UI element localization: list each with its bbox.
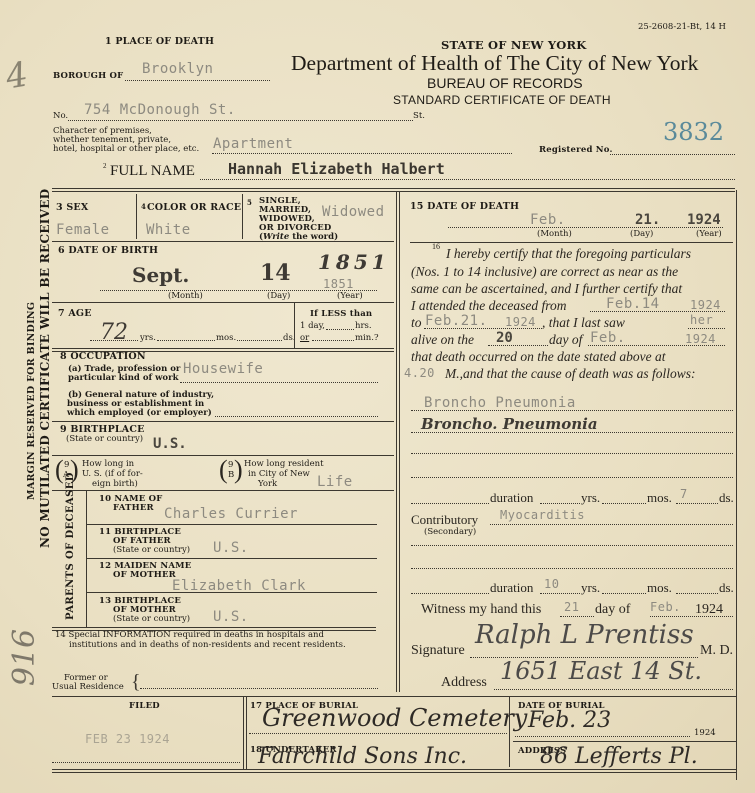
certification-line-7: that death occurred on the date stated a… xyxy=(411,349,665,365)
parents-side-label: PARENTS OF DECEASED xyxy=(65,472,76,620)
color-race-value[interactable]: White xyxy=(146,222,191,238)
witness-year[interactable]: 1924 xyxy=(695,602,723,618)
age-divider xyxy=(294,303,295,349)
witness-day[interactable]: 21 xyxy=(564,600,579,614)
bureau-title: BUREAU OF RECORDS xyxy=(427,75,583,91)
duration2-mos-pre-line xyxy=(602,593,646,594)
certification-line-5-pre: to xyxy=(411,315,422,331)
duration-mos-line xyxy=(676,503,718,504)
premises-label-3: hotel, hospital or other place, etc. xyxy=(53,145,199,154)
certification-line-2: (Nos. 1 to 14 inclusive) are correct as … xyxy=(411,264,678,280)
filed-stamp: FEB 23 1924 xyxy=(85,732,170,746)
burial-date-line xyxy=(515,736,690,737)
father-name-label-2: FATHER xyxy=(113,503,154,513)
duration-mos-pre-line xyxy=(602,503,646,504)
9a-label-1: How long in xyxy=(82,459,134,469)
age-hrs-label: hrs. xyxy=(355,321,372,331)
9b-label-1: How long resident xyxy=(244,459,324,469)
dob-year-handwritten: 1851 xyxy=(318,250,390,274)
father-birthplace-value[interactable]: U.S. xyxy=(213,540,249,556)
cause-line-3 xyxy=(411,453,733,454)
dob-year[interactable]: 1851 xyxy=(323,277,354,291)
color-race-label: COLOR OR RACE xyxy=(147,202,241,213)
filed-line xyxy=(52,762,240,763)
margin-pencil-note-top: 4 xyxy=(3,54,31,97)
borough-line xyxy=(125,80,270,81)
age-or-label: or xyxy=(300,333,309,343)
street-line xyxy=(68,120,413,121)
duration-yrs-line xyxy=(540,503,580,504)
former-residence-label-2: Usual Residence xyxy=(52,682,124,692)
former-residence-line xyxy=(140,688,378,689)
age-min-line xyxy=(312,340,354,341)
certification-line-4: I attended the deceased from xyxy=(411,298,566,314)
dob-day[interactable]: 14 xyxy=(260,260,291,286)
9b-paren-open: ( xyxy=(219,455,228,485)
mother-birthplace-value[interactable]: U.S. xyxy=(213,609,249,625)
contributory-line-2 xyxy=(411,545,733,546)
occupation-bottom xyxy=(52,421,394,422)
age-mos-line xyxy=(157,340,215,341)
father-birthplace-bottom xyxy=(87,558,377,559)
duration2-yrs-label: yrs. xyxy=(581,580,600,596)
state-heading: STATE OF NEW YORK xyxy=(441,38,586,52)
9b-label-3: York xyxy=(258,479,277,489)
sex-value[interactable]: Female xyxy=(56,222,110,238)
certification-line-6-pre: alive on the xyxy=(411,332,474,348)
9a-label-2: U. S. (if of for- xyxy=(82,469,143,479)
special-info-line-2: institutions and in deaths of non-reside… xyxy=(69,640,346,650)
attended-from-date[interactable]: Feb.14 xyxy=(606,296,660,312)
dob-month[interactable]: Sept. xyxy=(132,263,189,287)
registered-number-stamp: 3832 xyxy=(663,118,724,146)
margin-binding-notice: MARGIN RESERVED FOR BINDING xyxy=(26,302,37,500)
margin-pencil-note-bottom: 916 xyxy=(7,629,42,686)
mother-name-bottom xyxy=(87,592,377,593)
9a-label-3: eign birth) xyxy=(92,479,138,489)
st-label: St. xyxy=(413,111,425,121)
full-name-label: FULL NAME xyxy=(110,163,195,180)
dob-month-caption: (Month) xyxy=(168,291,203,301)
cause-line-1 xyxy=(411,410,733,411)
dod-year-caption: (Year) xyxy=(696,229,722,239)
md-label: M. D. xyxy=(700,643,733,659)
occupation-b-label-3: which employed (or employer) xyxy=(67,408,212,418)
contributory-label: Contributory xyxy=(411,512,478,528)
age-day-label: 1 day, xyxy=(300,321,325,331)
dob-line xyxy=(100,290,377,291)
occupation-b-line xyxy=(215,416,378,417)
duration-ds-label: ds. xyxy=(719,490,734,506)
duration-pre-line xyxy=(411,503,489,504)
filing-bottom xyxy=(52,769,736,773)
burial-year[interactable]: 1924 xyxy=(694,728,716,738)
undertaker-address-value[interactable]: 86 Lefferts Pl. xyxy=(540,744,698,769)
dob-bottom xyxy=(52,302,394,303)
address-label: Address xyxy=(441,675,487,691)
row3-bottom-right xyxy=(244,241,394,242)
cause-handwritten: Broncho. Pneumonia xyxy=(421,415,598,433)
borough-label: BOROUGH OF xyxy=(53,71,123,81)
9b-number: 9 xyxy=(228,460,233,470)
alive-day[interactable]: 20 xyxy=(496,330,513,346)
margin-mutilated-notice: NO MUTILATED CERTIFICATE WILL BE RECEIVE… xyxy=(38,189,52,548)
premises-line xyxy=(212,153,512,154)
age-ds-line xyxy=(237,340,282,341)
address-line xyxy=(494,689,733,690)
duration2-pre-line xyxy=(411,593,489,594)
burial-date-bottom xyxy=(513,741,736,742)
burial-place-value[interactable]: Greenwood Cemetery xyxy=(262,704,527,732)
age-yrs-label: yrs. xyxy=(140,333,156,343)
residence-bottom xyxy=(52,490,394,491)
9b-label-2: in City of New xyxy=(248,469,310,479)
date-of-death-year[interactable]: 1924 xyxy=(687,212,721,228)
form-code: 25-2608-21-Bt, 14 H xyxy=(638,22,726,32)
certification-line-1: I hereby certify that the foregoing part… xyxy=(446,246,691,262)
duration2-ds-label: ds. xyxy=(719,580,734,596)
former-residence-brace: { xyxy=(131,671,141,694)
contributory-line-3 xyxy=(411,568,733,569)
signature-label: Signature xyxy=(411,643,465,659)
cause-line-4 xyxy=(411,477,733,478)
age-min-label: min.? xyxy=(355,333,379,343)
attended-to-date[interactable]: Feb.21. xyxy=(425,313,488,329)
sex-divider xyxy=(136,194,137,239)
death-certificate: 4 916 25-2608-21-Bt, 14 H STATE OF NEW Y… xyxy=(0,0,755,793)
age-mos-label: mos. xyxy=(216,333,236,343)
department-title: Department of Health of The City of New … xyxy=(291,51,698,76)
age-years[interactable]: 72 xyxy=(100,320,128,345)
dod-bottom xyxy=(410,242,733,243)
filing-divider xyxy=(243,697,247,769)
dod-day-caption: (Day) xyxy=(630,229,653,239)
certificate-type: STANDARD CERTIFICATE OF DEATH xyxy=(393,93,611,107)
9a-number: 9 xyxy=(64,460,69,470)
filing-top xyxy=(52,696,736,697)
witness-day-of: day of xyxy=(595,602,630,618)
full-name-number: 2 xyxy=(103,162,107,170)
duration2-label: duration xyxy=(490,580,533,596)
place-of-death-label: 1 PLACE OF DEATH xyxy=(105,36,214,47)
9b-paren-close: ) xyxy=(234,455,243,485)
mother-birthplace-label-3: (State or country) xyxy=(113,614,190,624)
age-less-label: If LESS than xyxy=(310,309,372,319)
pronoun-line xyxy=(688,328,725,329)
certification-number: 16 xyxy=(432,242,440,251)
duration-mos-label: mos. xyxy=(647,490,672,506)
date-of-death-line xyxy=(448,227,723,228)
contributory-value[interactable]: Myocarditis xyxy=(500,508,585,522)
date-of-death-day[interactable]: 21. xyxy=(635,212,660,228)
certification-line-5-mid: , that I last saw xyxy=(542,315,625,331)
burial-place-line xyxy=(249,733,507,734)
attended-to-year[interactable]: 1924 xyxy=(505,315,536,329)
dob-day-caption: (Day) xyxy=(267,291,290,301)
signature-value[interactable]: Ralph L Prentiss xyxy=(475,620,694,650)
duration2-yrs-line xyxy=(540,593,580,594)
father-birthplace-label-3: (State or country) xyxy=(113,545,190,555)
9b-value[interactable]: Life xyxy=(317,474,353,490)
top-divider xyxy=(52,188,735,192)
occupation-a-label-2: particular kind of work xyxy=(68,373,178,383)
right-border xyxy=(736,190,737,780)
certification-line-8: M.,and that the cause of death was as fo… xyxy=(445,366,696,382)
certification-line-6-mid: day of xyxy=(549,332,582,348)
street-no-label: No. xyxy=(53,111,68,121)
address-value[interactable]: 1651 East 14 St. xyxy=(500,657,702,685)
registered-line xyxy=(610,154,735,155)
row3-bottom-left xyxy=(52,241,244,242)
mother-name-label-2: OF MOTHER xyxy=(113,570,176,580)
dob-label: 6 DATE OF BIRTH xyxy=(58,245,158,256)
burial-date-value[interactable]: Feb. 23 xyxy=(528,708,611,733)
certification-line-3: same can be ascertained, and I further c… xyxy=(411,281,682,297)
duration-mos-value[interactable]: 7 xyxy=(680,487,688,501)
full-name-value[interactable]: Hannah Elizabeth Halbert xyxy=(228,160,445,178)
borough-value[interactable]: Brooklyn xyxy=(142,61,213,77)
father-name-bottom xyxy=(87,524,377,525)
sex-label: 3 SEX xyxy=(56,202,88,213)
witness-day-line xyxy=(560,616,594,617)
registered-label: Registered No. xyxy=(539,145,613,155)
occupation-label: 8 OCCUPATION xyxy=(60,351,146,362)
cause-line-2 xyxy=(411,432,733,433)
attended-from-year[interactable]: 1924 xyxy=(690,298,721,312)
occupation-a-value[interactable]: Housewife xyxy=(183,361,263,377)
marital-value[interactable]: Widowed xyxy=(322,204,385,220)
alive-month[interactable]: Feb. xyxy=(590,330,626,346)
date-of-death-label: 15 DATE OF DEATH xyxy=(410,201,519,212)
full-name-line xyxy=(200,179,735,180)
date-of-death-month[interactable]: Feb. xyxy=(530,212,566,228)
duration2-yrs-value[interactable]: 10 xyxy=(544,577,559,591)
duration-yrs-label: yrs. xyxy=(581,490,600,506)
age-label: 7 AGE xyxy=(58,308,92,319)
dod-month-caption: (Month) xyxy=(537,229,572,239)
center-divider xyxy=(396,192,400,692)
undertaker-value[interactable]: Fairchild Sons Inc. xyxy=(258,744,467,769)
duration2-mos-label: mos. xyxy=(647,580,672,596)
color-race-number: 4 xyxy=(141,202,146,211)
witness-label: Witness my hand this xyxy=(421,602,541,618)
birthplace-sub: (State or country) xyxy=(66,434,143,444)
duration-label: duration xyxy=(490,490,533,506)
cause-typed[interactable]: Broncho Pneumonia xyxy=(424,395,576,411)
pronoun-value[interactable]: her xyxy=(690,313,713,327)
contributory-line xyxy=(490,524,733,525)
age-hrs-line xyxy=(326,329,354,330)
occupation-a-line xyxy=(180,382,378,383)
special-info-line-1: 14 Special INFORMATION required in death… xyxy=(55,630,324,640)
age-yrs-line xyxy=(90,340,138,341)
color-divider xyxy=(242,194,243,239)
street-value[interactable]: 754 McDonough St. xyxy=(84,102,236,118)
death-time[interactable]: 4.20 xyxy=(404,366,435,380)
birthplace-value[interactable]: U.S. xyxy=(153,436,187,452)
premises-value[interactable]: Apartment xyxy=(213,136,293,152)
father-name-value[interactable]: Charles Currier xyxy=(164,506,298,522)
witness-month[interactable]: Feb. xyxy=(650,600,681,614)
duration2-ds-line xyxy=(676,593,718,594)
burial-divider xyxy=(509,697,510,767)
secondary-label: (Secondary) xyxy=(424,527,476,537)
filed-label: FILED xyxy=(129,701,160,711)
dob-year-caption: (Year) xyxy=(337,291,363,301)
marital-number: 5 xyxy=(247,198,252,207)
alive-year[interactable]: 1924 xyxy=(685,332,716,346)
parents-divider xyxy=(86,491,87,627)
